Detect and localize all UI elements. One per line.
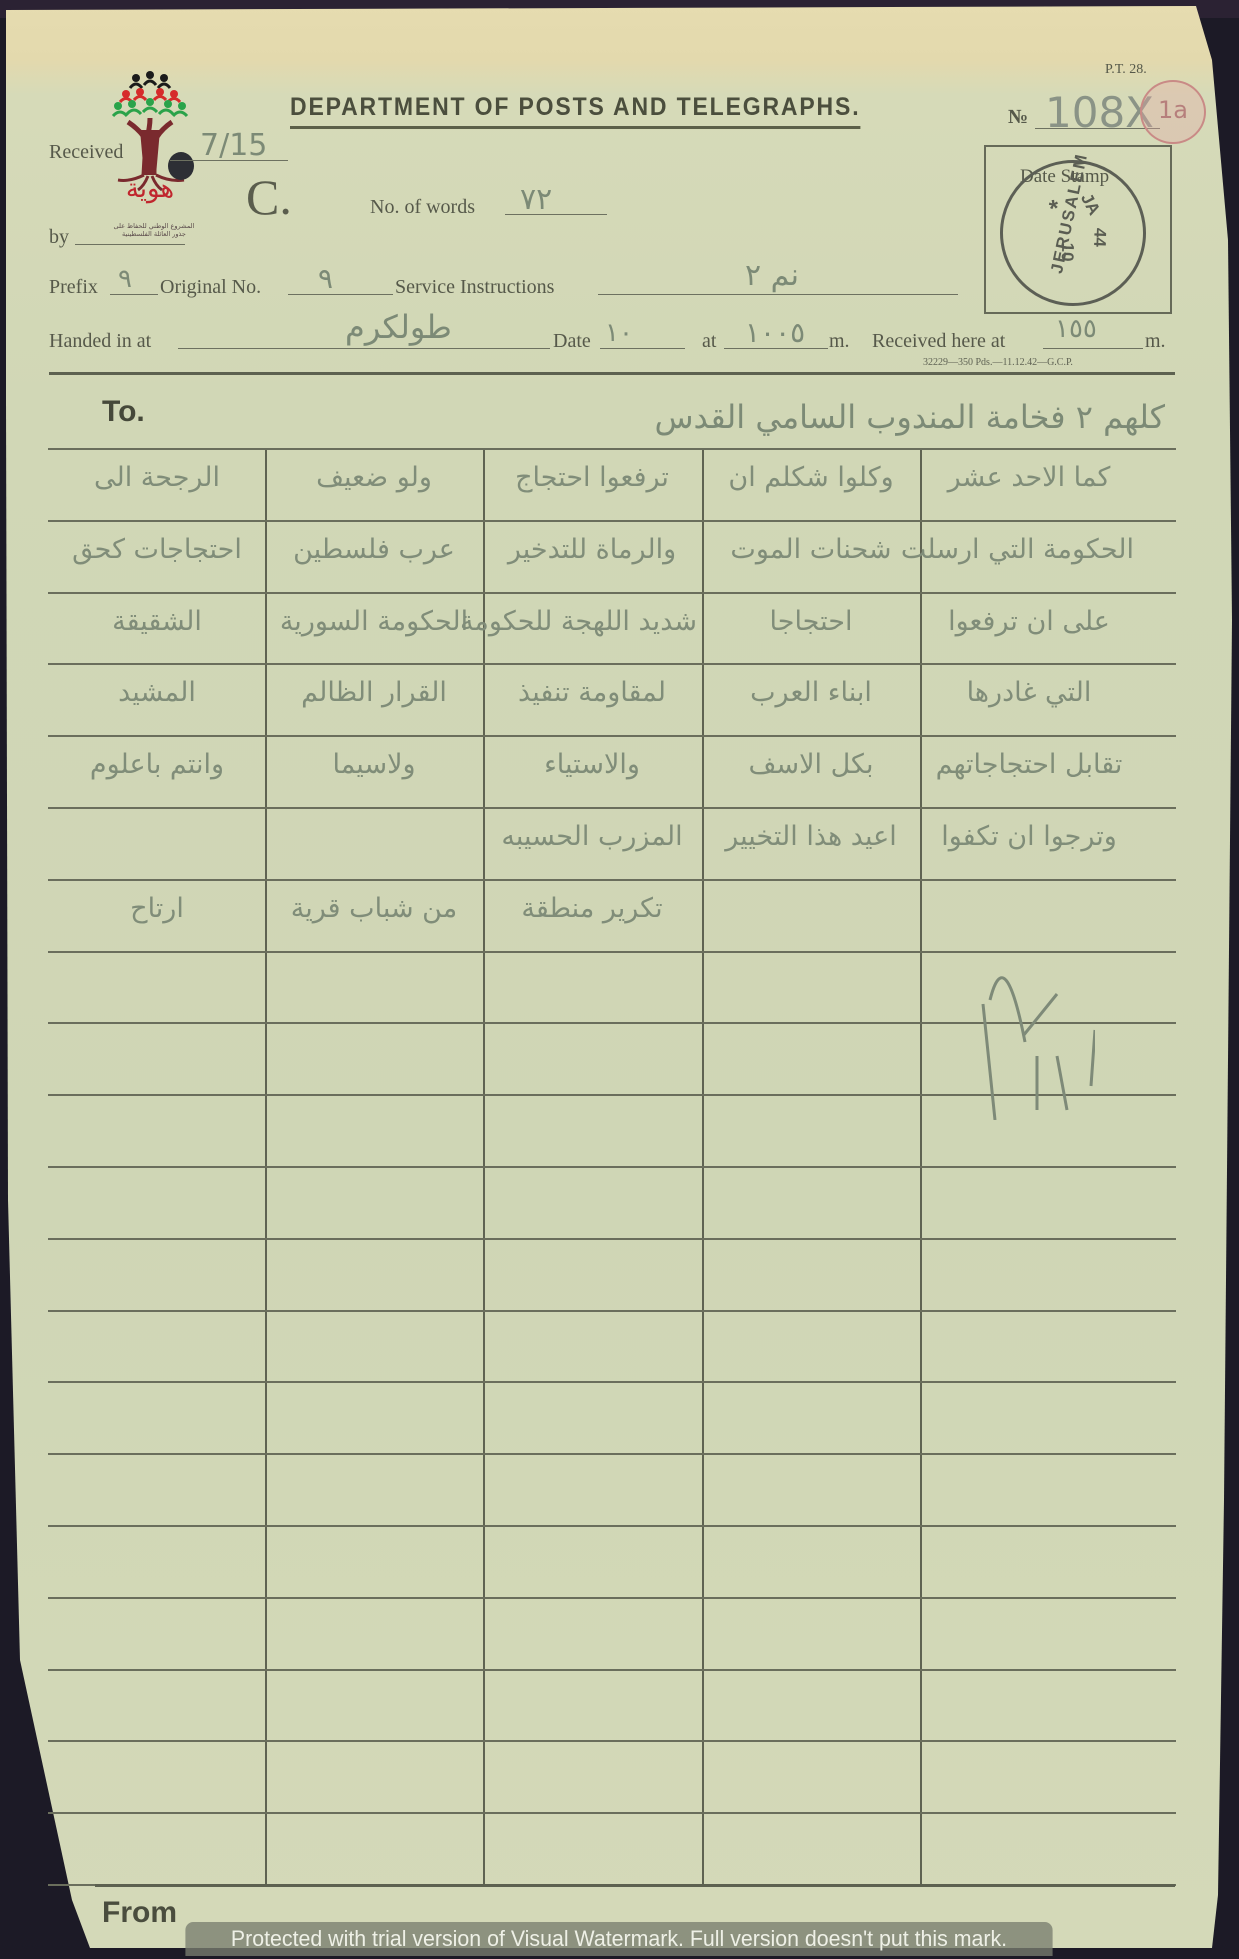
at-m-label: m. xyxy=(829,330,850,353)
message-cell[interactable] xyxy=(924,893,1134,953)
grid-row-line xyxy=(48,1597,1176,1599)
message-cell[interactable]: والاستياء xyxy=(487,749,697,809)
message-cell[interactable]: ولو ضعيف xyxy=(269,462,479,522)
postmark-day: 10 xyxy=(1057,242,1078,262)
message-cell[interactable]: من شباب قرية xyxy=(269,893,479,953)
service-instructions-value[interactable]: نم ٢ xyxy=(745,258,799,293)
date-value[interactable]: ١٠ xyxy=(605,318,633,348)
message-cell[interactable]: شديد اللهجة للحكومة xyxy=(487,606,697,666)
no-of-words-value[interactable]: ٧٢ xyxy=(520,182,552,217)
received-here-rule xyxy=(1043,348,1143,349)
message-cell[interactable]: كما الاحد عشر xyxy=(924,462,1134,522)
message-cell[interactable]: شحنات الموت xyxy=(706,534,916,594)
message-cell[interactable]: وترجوا ان تكفوا xyxy=(924,821,1134,881)
message-cell[interactable]: التي غادرها xyxy=(924,677,1134,737)
date-label: Date xyxy=(553,330,591,353)
handed-in-at-rule xyxy=(178,348,550,349)
logo-caption-line2: جذور العائلة الفلسطينية xyxy=(108,230,200,238)
message-cell[interactable]: لمقاومة تنفيذ xyxy=(487,677,697,737)
prefix-label: Prefix xyxy=(49,276,98,299)
form-code: P.T. 28. xyxy=(1105,62,1147,78)
message-cell[interactable]: وانتم باعلوم xyxy=(52,749,262,809)
received-label: Received xyxy=(49,141,123,164)
red-circled-mark: 1a xyxy=(1158,96,1188,124)
number-value[interactable]: 108X xyxy=(1045,88,1154,137)
logo-caption-line1: المشروع الوطني للحفاظ على xyxy=(108,222,200,230)
message-cell[interactable]: ارتاح xyxy=(52,893,262,953)
message-cell[interactable]: عرب فلسطين xyxy=(269,534,479,594)
handed-in-at-value[interactable]: طولكرم xyxy=(345,308,452,346)
grid-row-line xyxy=(48,1381,1176,1383)
prefix-rule xyxy=(110,294,158,295)
message-cell[interactable]: الحكومة التي ارسلت xyxy=(924,534,1134,594)
postmark-year: 44 xyxy=(1089,228,1110,248)
grid-row-line xyxy=(48,1740,1176,1742)
message-cell[interactable]: احتجاجات كحق xyxy=(52,534,262,594)
date-rule xyxy=(600,348,685,349)
message-cell[interactable]: تكرير منطقة xyxy=(487,893,697,953)
message-cell[interactable]: المشيد xyxy=(52,677,262,737)
watermark-banner: Protected with trial version of Visual W… xyxy=(185,1922,1052,1956)
grid-row-line xyxy=(48,1453,1176,1455)
message-cell[interactable]: ترفعوا احتجاج xyxy=(487,462,697,522)
postmark-star: * xyxy=(1048,195,1061,224)
class-letter: C. xyxy=(246,168,292,226)
grid-row-line xyxy=(48,1238,1176,1240)
message-grid: الرجحة الىولو ضعيفترفعوا احتجاجوكلوا شكل… xyxy=(48,448,1176,1884)
service-instructions-label: Service Instructions xyxy=(395,276,554,299)
message-cell[interactable] xyxy=(706,893,916,953)
grid-row-line xyxy=(48,1525,1176,1527)
grid-top-border xyxy=(48,448,1176,450)
punch-hole xyxy=(168,152,194,180)
received-here-m-label: m. xyxy=(1145,330,1166,353)
to-value[interactable]: كلهم ٢ فخامة المندوب السامي القدس xyxy=(505,398,1165,436)
received-value[interactable]: 7/15 xyxy=(200,128,267,163)
message-cell[interactable]: على ان ترفعوا xyxy=(924,606,1134,666)
at-value[interactable]: ١٠٠٥ xyxy=(745,316,805,349)
message-cell[interactable]: اعيد هذا التخيير xyxy=(706,821,916,881)
message-cell[interactable]: المزرب الحسيبه xyxy=(487,821,697,881)
handed-in-at-label: Handed in at xyxy=(49,330,151,353)
by-rule[interactable] xyxy=(75,244,185,245)
message-cell[interactable]: تقابل احتجاجاتهم xyxy=(924,749,1134,809)
tally-mark xyxy=(965,960,1095,1125)
grid-row-line xyxy=(48,1166,1176,1168)
original-no-value[interactable]: ٩ xyxy=(318,262,333,295)
message-cell[interactable]: بكل الاسف xyxy=(706,749,916,809)
to-label: To. xyxy=(102,395,145,429)
message-cell[interactable]: الشقيقة xyxy=(52,606,262,666)
message-cell[interactable] xyxy=(52,821,262,881)
message-cell[interactable]: والرماة للتدخير xyxy=(487,534,697,594)
logo-caption: المشروع الوطني للحفاظ على جذور العائلة ا… xyxy=(108,222,200,238)
original-no-label: Original No. xyxy=(160,276,261,299)
grid-row-line xyxy=(48,1310,1176,1312)
received-here-label: Received here at xyxy=(872,330,1005,353)
from-divider xyxy=(95,1884,1175,1887)
received-here-value[interactable]: ١٥٥ xyxy=(1055,314,1097,344)
message-cell[interactable]: القرار الظالم xyxy=(269,677,479,737)
at-label: at xyxy=(702,330,716,353)
by-label: by xyxy=(49,226,69,249)
service-instructions-rule xyxy=(598,294,958,295)
message-cell[interactable]: الحكومة السورية xyxy=(269,606,479,666)
print-reference: 32229—350 Pds.—11.12.42—G.C.P. xyxy=(923,357,1073,368)
grid-row-line xyxy=(48,1669,1176,1671)
grid-row-line xyxy=(48,1812,1176,1814)
message-cell[interactable]: وكلوا شكلم ان xyxy=(706,462,916,522)
message-cell[interactable] xyxy=(269,821,479,881)
no-of-words-label: No. of words xyxy=(370,196,475,219)
form-title: DEPARTMENT OF POSTS AND TELEGRAPHS. xyxy=(290,93,860,129)
prefix-value[interactable]: ٩ xyxy=(118,264,132,294)
message-cell[interactable]: ابناء العرب xyxy=(706,677,916,737)
handwritten-tally-icon xyxy=(965,960,1095,1120)
number-label: № xyxy=(1008,106,1028,129)
from-label: From xyxy=(102,1896,177,1930)
message-cell[interactable]: الرجحة الى xyxy=(52,462,262,522)
original-no-rule xyxy=(288,294,393,295)
message-cell[interactable]: ولاسيما xyxy=(269,749,479,809)
header-divider xyxy=(49,372,1175,375)
message-cell[interactable]: احتجاجا xyxy=(706,606,916,666)
